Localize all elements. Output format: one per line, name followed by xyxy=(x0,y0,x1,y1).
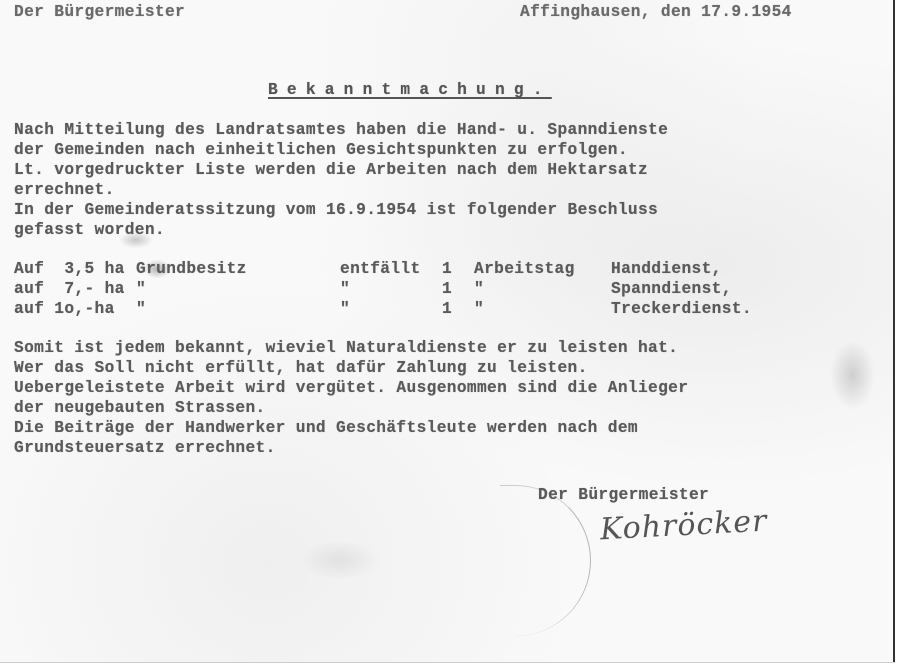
count-cell: 1 xyxy=(442,259,452,279)
count-cell: 1 xyxy=(442,299,452,319)
unit-cell: " xyxy=(474,279,484,299)
closing-title: Der Bürgermeister xyxy=(538,485,709,505)
text-line: der neugebauten Strassen. xyxy=(14,398,688,418)
text-line: Grundsteuersatz errechnet. xyxy=(14,438,688,458)
handwritten-signature: Kohröcker xyxy=(599,504,768,548)
paper-stain xyxy=(300,540,380,580)
page-edge xyxy=(893,0,895,662)
unit-cell: " xyxy=(474,299,484,319)
paragraph-intro: Nach Mitteilung des Landratsamtes haben … xyxy=(14,120,668,240)
verb-cell: entfällt xyxy=(340,259,421,279)
label-cell: " xyxy=(136,299,146,319)
text-line: gefasst worden. xyxy=(14,220,668,240)
count-cell: 1 xyxy=(442,279,452,299)
verb-cell: " xyxy=(340,279,350,299)
text-line: der Gemeinden nach einheitlichen Gesicht… xyxy=(14,140,668,160)
text-line: Somit ist jedem bekannt, wieviel Natural… xyxy=(14,338,688,358)
page-edge xyxy=(0,662,895,663)
text-line: Lt. vorgedruckter Liste werden die Arbei… xyxy=(14,160,668,180)
label-cell: " xyxy=(136,279,146,299)
area-cell: auf 1o,-ha xyxy=(14,299,115,319)
service-cell: Handdienst, xyxy=(611,259,722,279)
paragraph-details: Somit ist jedem bekannt, wieviel Natural… xyxy=(14,338,688,458)
text-line: In der Gemeinderatssitzung vom 16.9.1954… xyxy=(14,200,668,220)
unit-cell: Arbeitstag xyxy=(474,259,575,279)
area-cell: Auf 3,5 ha xyxy=(14,259,125,279)
ink-smudge xyxy=(830,340,875,410)
verb-cell: " xyxy=(340,299,350,319)
text-line: Wer das Soll nicht erfüllt, hat dafür Za… xyxy=(14,358,688,378)
sender-line: Der Bürgermeister xyxy=(14,2,185,22)
text-line: Die Beiträge der Handwerker und Geschäft… xyxy=(14,418,688,438)
place-date-line: Affinghausen, den 17.9.1954 xyxy=(520,2,792,22)
official-stamp xyxy=(500,485,591,636)
document-page: Der Bürgermeister Affinghausen, den 17.9… xyxy=(0,0,893,662)
label-cell: Grundbesitz xyxy=(136,259,247,279)
text-line: Uebergeleistete Arbeit wird vergütet. Au… xyxy=(14,378,688,398)
service-cell: Spanndienst, xyxy=(611,279,732,299)
text-line: Nach Mitteilung des Landratsamtes haben … xyxy=(14,120,668,140)
text-line: errechnet. xyxy=(14,180,668,200)
document-title: Bekanntmachung. xyxy=(268,80,552,100)
service-cell: Treckerdienst. xyxy=(611,299,752,319)
area-cell: auf 7,- ha xyxy=(14,279,125,299)
